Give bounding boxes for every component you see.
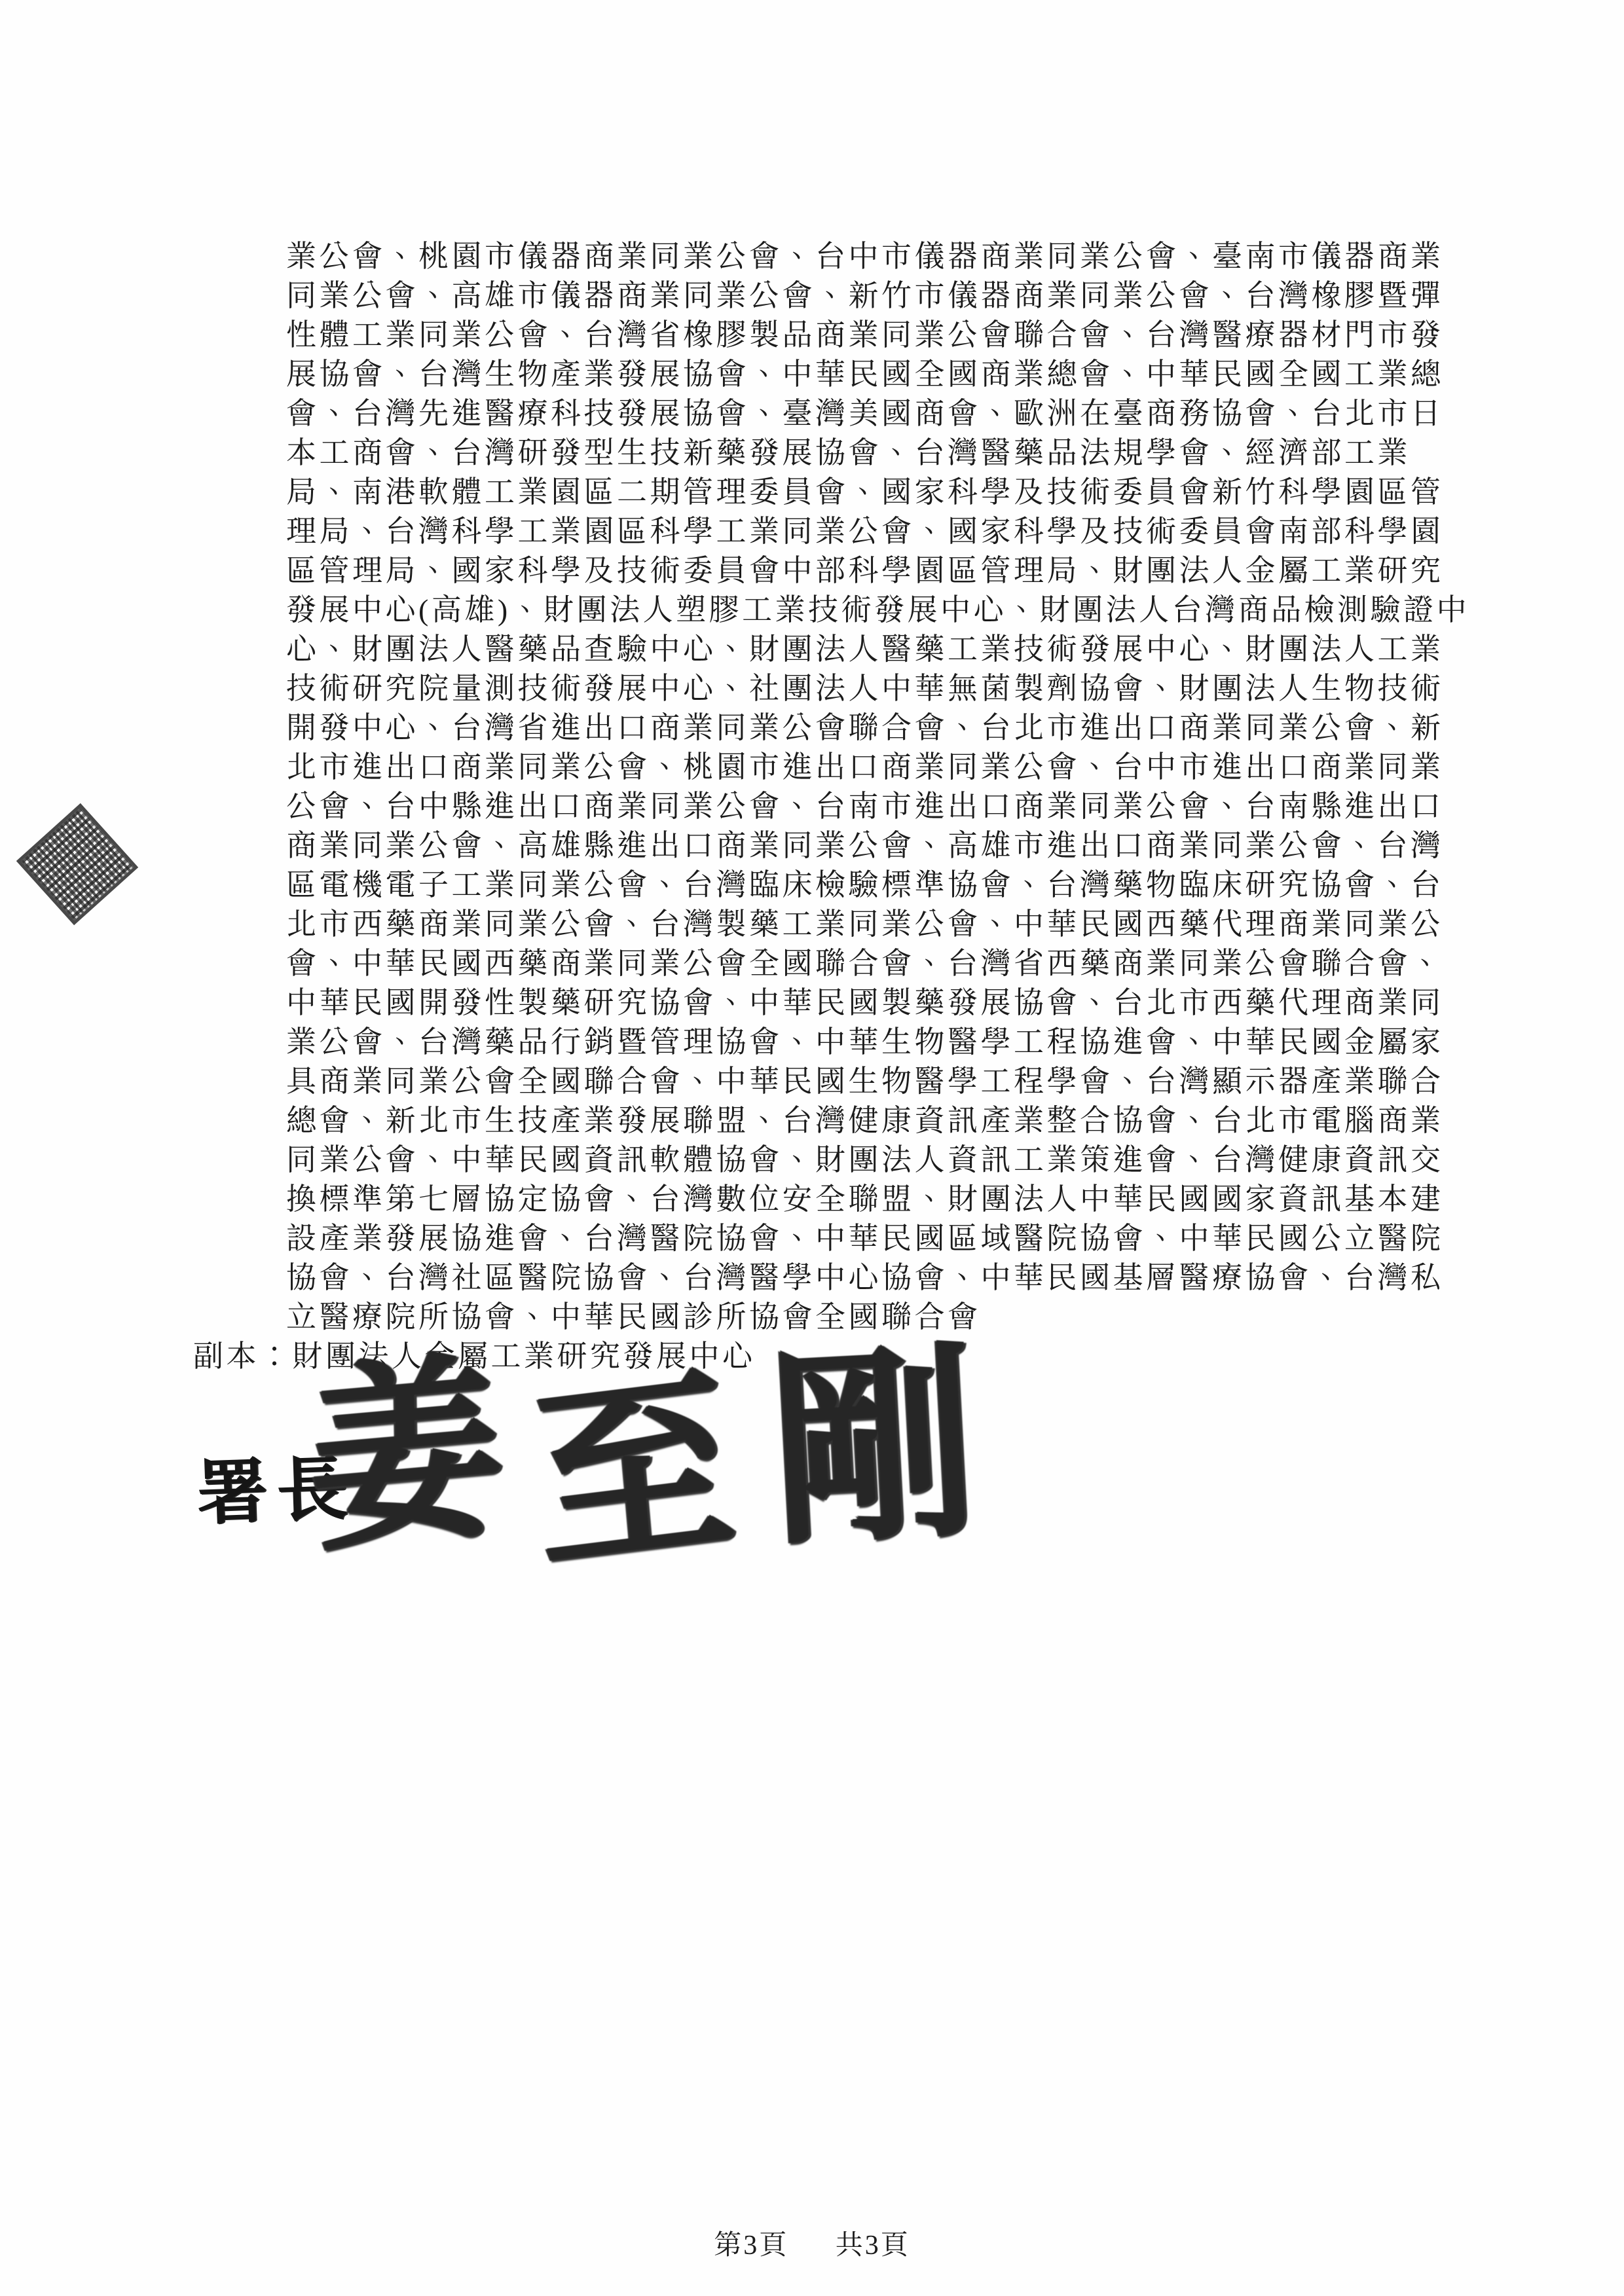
text-line: 心、財團法人醫藥品查驗中心、財團法人醫藥工業技術發展中心、財團法人工業	[286, 630, 1478, 669]
text-line: 區電機電子工業同業公會、台灣臨床檢驗標準協會、台灣藥物臨床研究協會、台	[286, 866, 1478, 905]
recipient-organization-list: 業公會、桃園市儀器商業同業公會、台中市儀器商業同業公會、臺南市儀器商業同業公會、…	[286, 237, 1478, 1337]
text-line: 本工商會、台灣研發型生技新藥發展協會、台灣醫藥品法規學會、經濟部工業	[286, 433, 1478, 473]
signer-signature: 姜 至 剛	[308, 1355, 978, 1554]
text-line: 業公會、台灣藥品行銷暨管理協會、中華生物醫學工程協進會、中華民國金屬家	[286, 1023, 1478, 1062]
signature-char: 姜	[306, 1349, 506, 1563]
page-number: 第3頁	[714, 2231, 788, 2261]
text-line: 總會、新北市生技產業發展聯盟、台灣健康資訊產業整合協會、台北市電腦商業	[286, 1101, 1478, 1140]
text-line: 性體工業同業公會、台灣省橡膠製品商業同業公會聯合會、台灣醫療器材門市發	[286, 316, 1478, 355]
text-line: 展協會、台灣生物產業發展協會、中華民國全國商業總會、中華民國全國工業總	[286, 355, 1478, 394]
text-line: 具商業同業公會全國聯合會、中華民國生物醫學工程學會、台灣顯示器產業聯合	[286, 1062, 1478, 1101]
text-line: 發展中心(高雄)、財團法人塑膠工業技術發展中心、財團法人台灣商品檢測驗證中	[286, 591, 1478, 630]
text-line: 局、南港軟體工業園區二期管理委員會、國家科學及技術委員會新竹科學園區管	[286, 473, 1478, 512]
text-line: 同業公會、中華民國資訊軟體協會、財團法人資訊工業策進會、台灣健康資訊交	[286, 1140, 1478, 1180]
signature-char: 剛	[766, 1347, 982, 1554]
text-line: 技術研究院量測技術發展中心、社團法人中華無菌製劑協會、財團法人生物技術	[286, 669, 1478, 708]
signature-block: 署長 姜 至 剛	[190, 1362, 1041, 1597]
document-page: 業公會、桃園市儀器商業同業公會、台中市儀器商業同業公會、臺南市儀器商業同業公會、…	[0, 0, 1624, 2296]
text-line: 會、中華民國西藥商業同業公會全國聯合會、台灣省西藥商業同業公會聯合會、	[286, 944, 1478, 983]
text-line: 會、台灣先進醫療科技發展協會、臺灣美國商會、歐洲在臺商務協會、台北市日	[286, 394, 1478, 433]
text-line: 商業同業公會、高雄縣進出口商業同業公會、高雄市進出口商業同業公會、台灣	[286, 826, 1478, 866]
text-line: 中華民國開發性製藥研究協會、中華民國製藥發展協會、台北市西藥代理商業同	[286, 983, 1478, 1023]
text-line: 同業公會、高雄市儀器商業同業公會、新竹市儀器商業同業公會、台灣橡膠暨彈	[286, 276, 1478, 316]
text-line: 業公會、桃園市儀器商業同業公會、台中市儀器商業同業公會、臺南市儀器商業	[286, 237, 1478, 276]
signature-char: 至	[528, 1364, 741, 1584]
text-line: 公會、台中縣進出口商業同業公會、台南市進出口商業同業公會、台南縣進出口	[286, 787, 1478, 826]
text-line: 開發中心、台灣省進出口商業同業公會聯合會、台北市進出口商業同業公會、新	[286, 708, 1478, 748]
text-line: 北市西藥商業同業公會、台灣製藥工業同業公會、中華民國西藥代理商業同業公	[286, 905, 1478, 944]
page-footer: 第3頁 共3頁	[0, 2223, 1624, 2263]
text-line: 區管理局、國家科學及技術委員會中部科學園區管理局、財團法人金屬工業研究	[286, 551, 1478, 591]
text-line: 北市進出口商業同業公會、桃園市進出口商業同業公會、台中市進出口商業同業	[286, 748, 1478, 787]
text-line: 立醫療院所協會、中華民國診所協會全國聯合會	[286, 1298, 1478, 1337]
text-line: 理局、台灣科學工業園區科學工業同業公會、國家科學及技術委員會南部科學園	[286, 512, 1478, 551]
page-total: 共3頁	[836, 2231, 910, 2261]
official-seal-stamp	[16, 803, 138, 925]
text-line: 協會、台灣社區醫院協會、台灣醫學中心協會、中華民國基層醫療協會、台灣私	[286, 1258, 1478, 1298]
text-line: 設產業發展協進會、台灣醫院協會、中華民國區域醫院協會、中華民國公立醫院	[286, 1219, 1478, 1258]
text-line: 換標準第七層協定協會、台灣數位安全聯盟、財團法人中華民國國家資訊基本建	[286, 1180, 1478, 1219]
